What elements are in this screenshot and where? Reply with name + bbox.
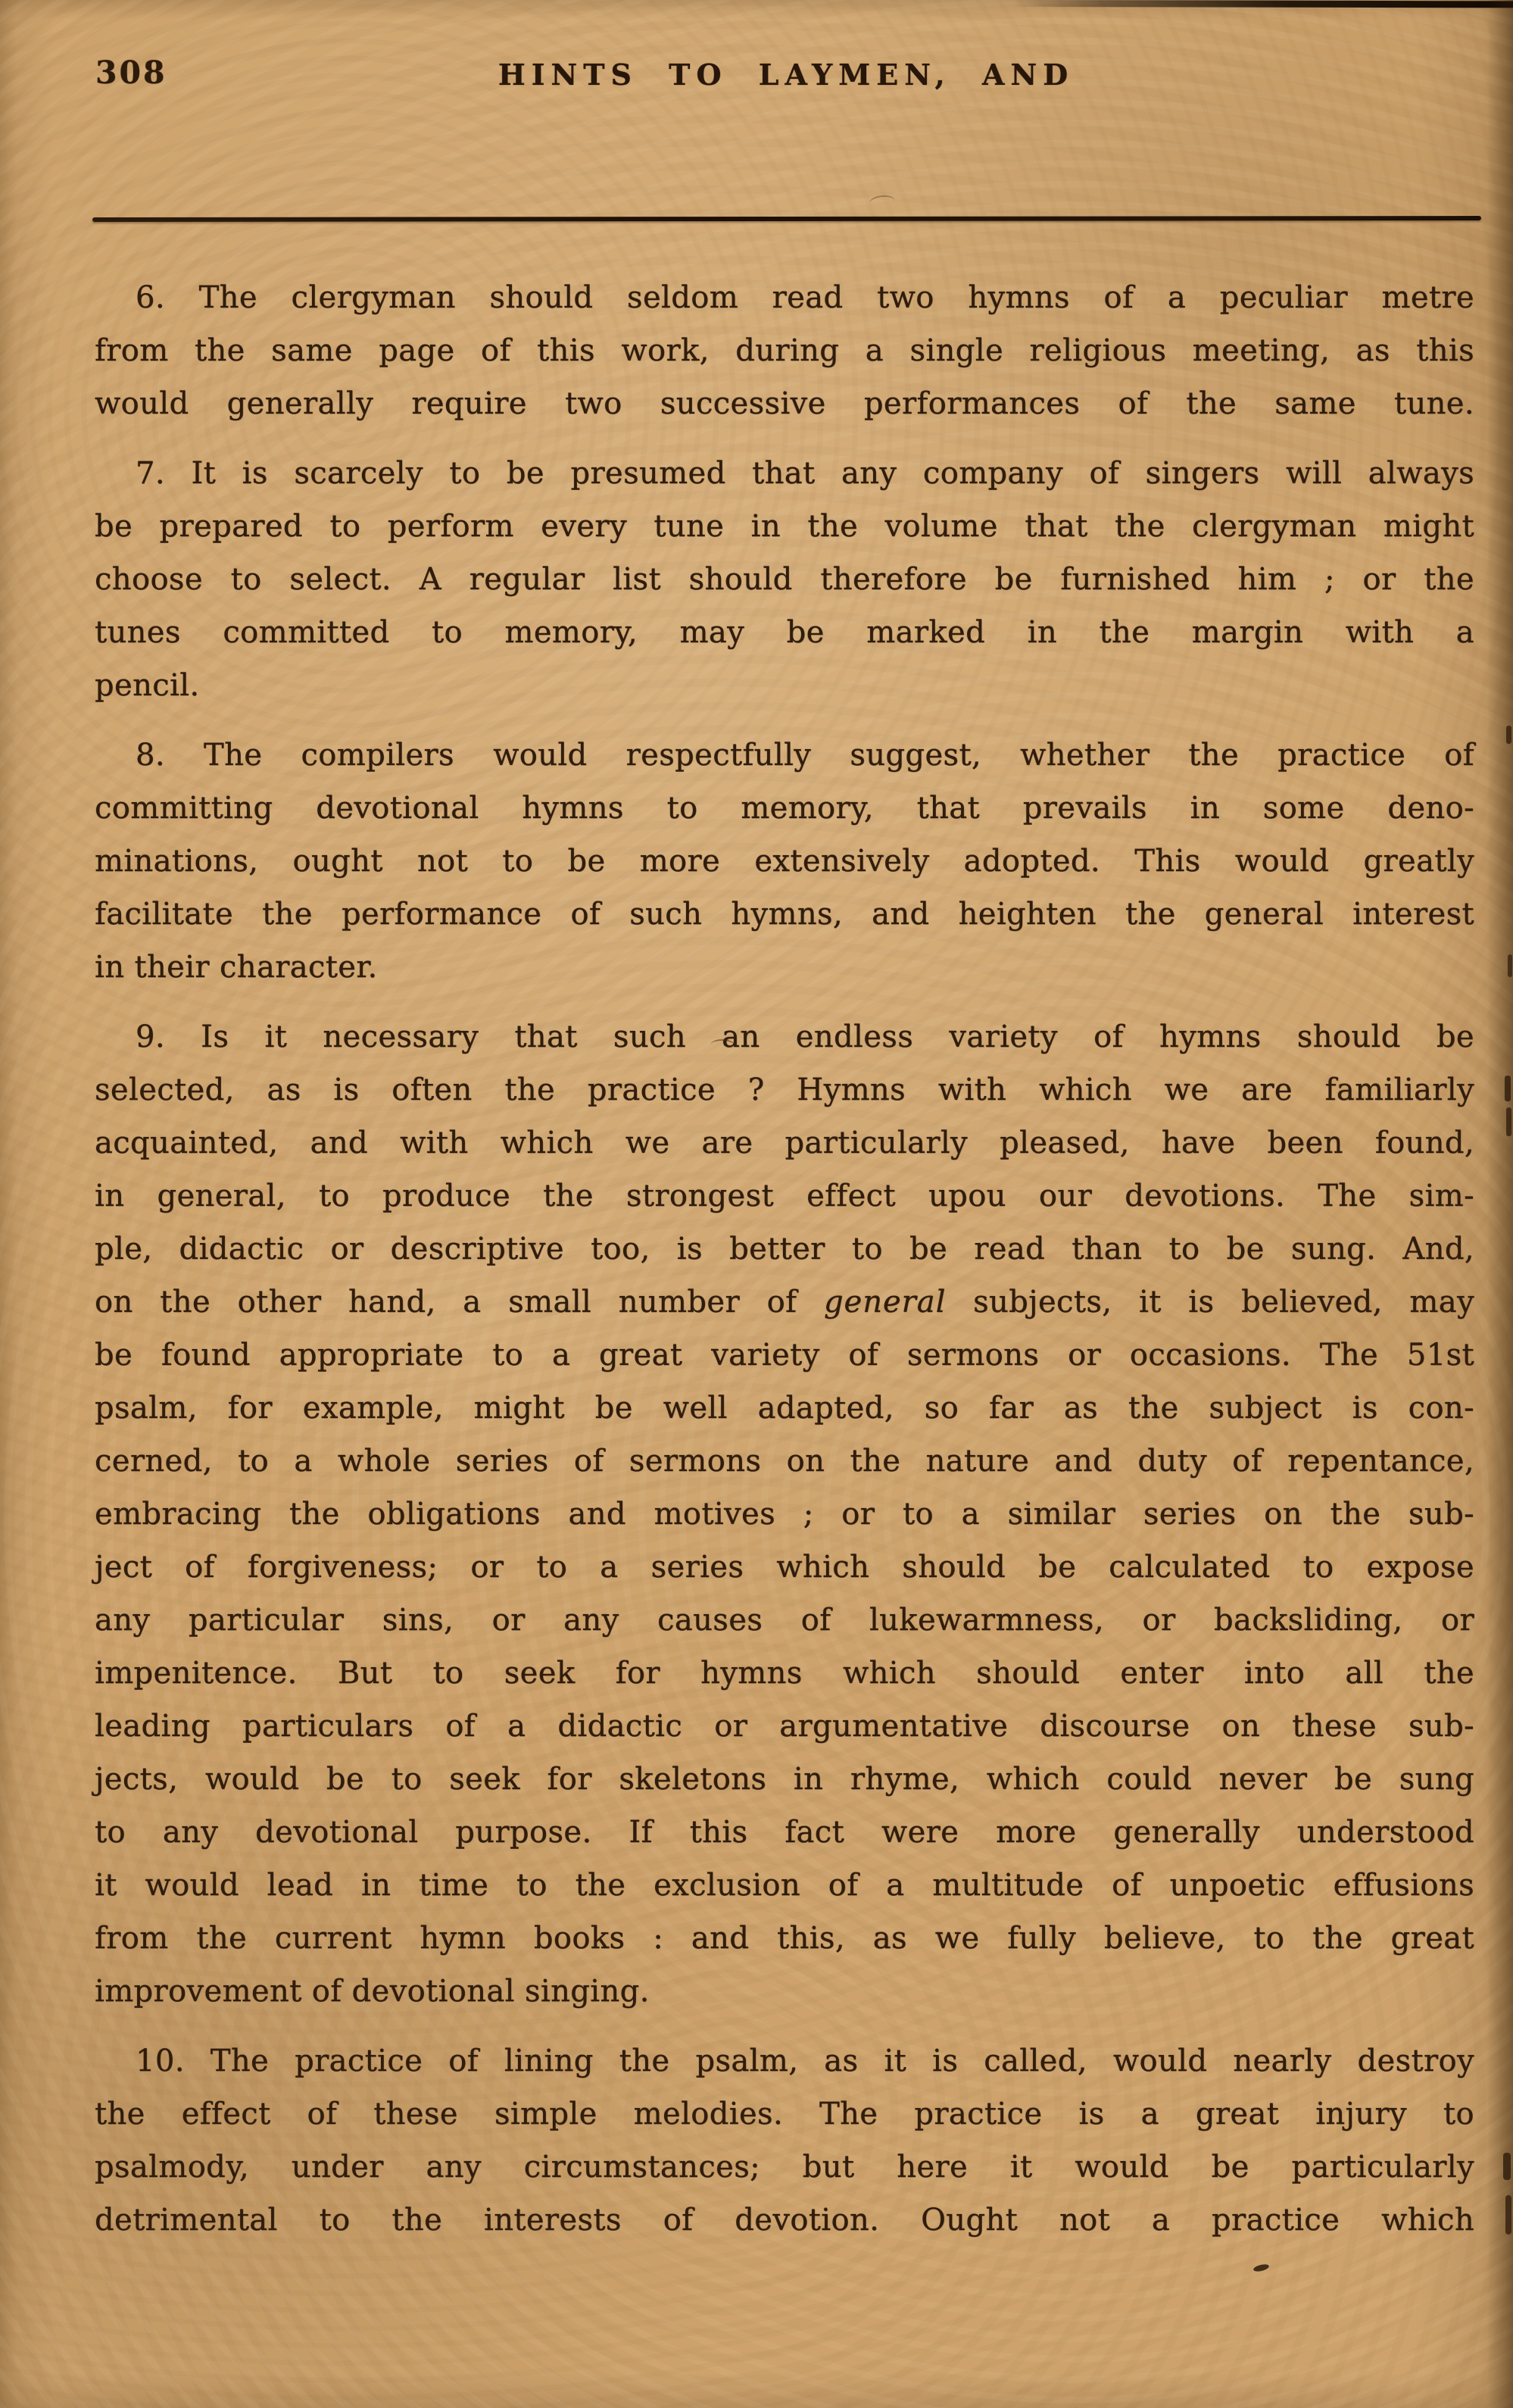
text-line: 6. The clergyman should seldom read two … (95, 271, 1474, 324)
text-line: jects, would be to seek for skeletons in… (95, 1753, 1474, 1806)
paper-crease-artifact (869, 194, 896, 210)
text-line: on the other hand, a small number of gen… (95, 1276, 1474, 1329)
text-block: 6. The clergyman should seldom read two … (95, 271, 1474, 2247)
running-header: HINTS TO LAYMEN, AND (498, 58, 1074, 92)
text-line: from the current hymn books : and this, … (95, 1912, 1474, 1965)
page-number: 308 (95, 55, 167, 91)
text-line: in general, to produce the strongest eff… (95, 1170, 1474, 1223)
paragraph: 7. It is scarcely to be presumed that an… (95, 447, 1474, 712)
text-line: be prepared to perform every tune in the… (95, 500, 1474, 553)
text-line: it would lead in time to the exclusion o… (95, 1859, 1474, 1912)
text-line: from the same page of this work, during … (95, 324, 1474, 377)
text-line: cerned, to a whole series of sermons on … (95, 1435, 1474, 1488)
ink-speck-artifact (1508, 954, 1512, 977)
ink-speck-artifact (1505, 2195, 1511, 2235)
text-line: leading particulars of a didactic or arg… (95, 1700, 1474, 1753)
text-line: 8. The compilers would respectfully sugg… (95, 729, 1474, 782)
text-line: minations, ought not to be more extensiv… (95, 835, 1474, 888)
ink-speck-artifact (1503, 2153, 1511, 2180)
paragraph: 8. The compilers would respectfully sugg… (95, 729, 1474, 994)
text-line: would generally require two successive p… (95, 377, 1474, 430)
text-line: ple, didactic or descriptive too, is bet… (95, 1223, 1474, 1276)
ink-speck-artifact (1505, 1076, 1511, 1101)
text-line: psalmody, under any circumstances; but h… (95, 2141, 1474, 2194)
text-line: embracing the obligations and motives ; … (95, 1488, 1474, 1541)
text-line: detrimental to the interests of devotion… (95, 2194, 1474, 2247)
page-edge-shadow (1487, 0, 1513, 2408)
text-line: tunes committed to memory, may be marked… (95, 606, 1474, 659)
paragraph: 9. Is it necessary that such an endless … (95, 1010, 1474, 2018)
text-line: 7. It is scarcely to be presumed that an… (95, 447, 1474, 500)
paragraph: 6. The clergyman should seldom read two … (95, 271, 1474, 430)
text-line: ject of forgiveness; or to a series whic… (95, 1541, 1474, 1594)
text-line: in their character. (95, 941, 1474, 994)
text-line: psalm, for example, might be well adapte… (95, 1382, 1474, 1435)
text-line: selected, as is often the practice ? Hym… (95, 1063, 1474, 1117)
ink-speck-artifact (1253, 2263, 1269, 2273)
text-line: impenitence. But to seek for hymns which… (95, 1647, 1474, 1700)
text-line: be found appropriate to a great variety … (95, 1329, 1474, 1382)
text-line: to any devotional purpose. If this fact … (95, 1806, 1474, 1859)
text-line: acquainted, and with which we are partic… (95, 1117, 1474, 1170)
text-line: the effect of these simple melodies. The… (95, 2088, 1474, 2141)
text-line: committing devotional hymns to memory, t… (95, 782, 1474, 835)
book-page: 308 HINTS TO LAYMEN, AND 6. The clergyma… (0, 0, 1513, 2408)
text-line: any particular sins, or any causes of lu… (95, 1594, 1474, 1647)
scan-edge-artifact (1013, 0, 1513, 8)
text-line: facilitate the performance of such hymns… (95, 888, 1474, 941)
ink-speck-artifact (1506, 726, 1511, 744)
text-line: 9. Is it necessary that such an endless … (95, 1010, 1474, 1063)
text-line: choose to select. A regular list should … (95, 553, 1474, 606)
paragraph: 10. The practice of lining the psalm, as… (95, 2035, 1474, 2247)
text-line: pencil. (95, 659, 1474, 712)
ink-speck-artifact (1506, 1107, 1511, 1136)
text-line: 10. The practice of lining the psalm, as… (95, 2035, 1474, 2088)
header-rule (92, 216, 1481, 222)
text-line: improvement of devotional singing. (95, 1965, 1474, 2018)
